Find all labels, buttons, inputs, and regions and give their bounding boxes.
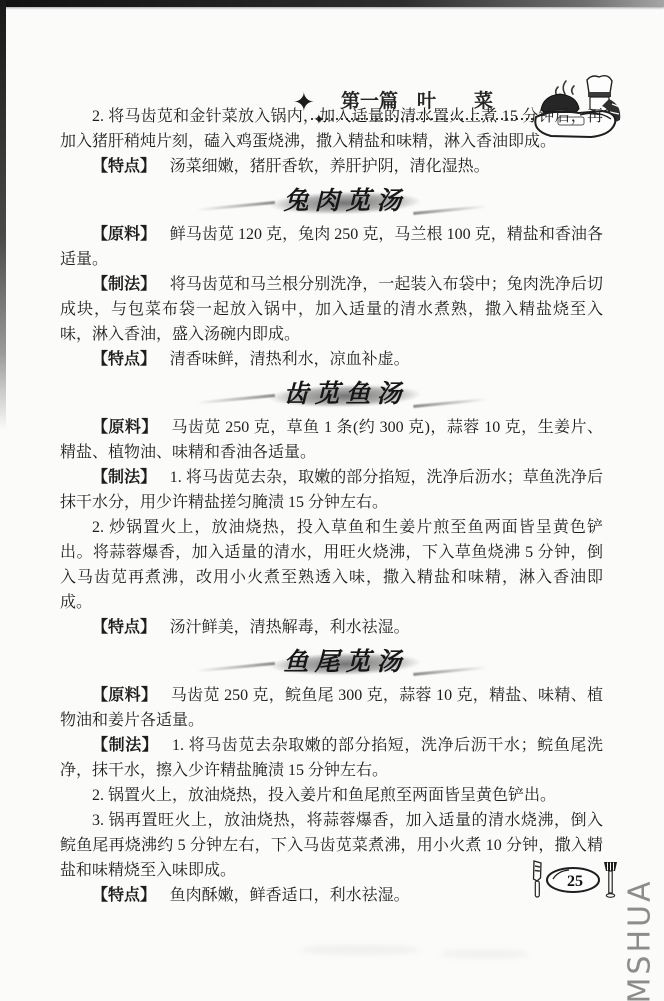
paragraph-label: 【制法】 <box>92 737 158 754</box>
recipe-section: 兔肉苋汤 【原料】鲜马齿苋 120 克，兔肉 250 克，马兰根 100 克，精… <box>60 185 603 372</box>
knife-icon <box>534 861 542 897</box>
method-paragraph: 【制法】1. 将马齿苋去杂，取嫩的部分掐短，洗净后沥水；草鱼洗净后抹干水分，用少… <box>60 465 603 515</box>
recipe-title-banner: 兔肉苋汤 <box>74 185 617 219</box>
paragraph-label: 【特点】 <box>92 619 156 636</box>
recipe-title: 兔肉苋汤 <box>261 185 429 218</box>
paragraph-text: 汤汁鲜美，清热解毒，利水祛湿。 <box>170 619 410 636</box>
feature-paragraph: 【特点】汤菜细嫩，猪肝香软，养肝护阴，清化湿热。 <box>60 154 603 179</box>
recipe-title: 齿苋鱼汤 <box>261 378 429 411</box>
paragraph-label: 【制法】 <box>92 469 156 486</box>
paragraph-text: 2. 炒锅置火上，放油烧热，投入草鱼和生姜片煎至鱼两面皆呈黄色铲出。将蒜蓉爆香，… <box>60 519 603 611</box>
paragraph-text: 鱼肉酥嫩，鲜香适口，利水祛湿。 <box>170 887 410 904</box>
page-number-plate: 25 <box>526 858 622 906</box>
paragraph-text: 3. 锅再置旺火上，放油烧热，将蒜蓉爆香，加入适量的清水烧沸，倒入鲩鱼尾再烧沸约… <box>60 812 603 879</box>
paragraph-label: 【原料】 <box>92 226 156 243</box>
recipe-title-banner: 鱼尾苋汤 <box>74 646 617 680</box>
paragraph-text: 清香味鲜，清热利水，凉血补虚。 <box>170 351 410 368</box>
recipe-title-banner: 齿苋鱼汤 <box>74 378 617 412</box>
paragraph-label: 【制法】 <box>92 276 156 293</box>
scan-smudge <box>440 950 530 958</box>
recipe-section: 齿苋鱼汤 【原料】马齿苋 250 克，草鱼 1 条(约 300 克)，蒜蓉 10… <box>60 378 603 640</box>
paragraph-text: 2. 锅置火上，放油烧热，投入姜片和鱼尾煎至两面皆呈黄色铲出。 <box>92 787 556 804</box>
top-scan-edge <box>0 0 664 7</box>
feature-paragraph: 【特点】鱼肉酥嫩，鲜香适口，利水祛湿。 <box>60 883 603 908</box>
paragraph-text: 2. 将马齿苋和金针菜放入锅内，加入适量的清水置火上煮 15 分钟后，再加入猪肝… <box>60 108 603 150</box>
paragraph-label: 【原料】 <box>92 419 158 436</box>
method-paragraph: 【制法】1. 将马齿苋去杂取嫩的部分掐短，洗净后沥干水；鲩鱼尾洗净，抹干水，擦入… <box>60 733 603 783</box>
scan-smudge <box>300 945 420 955</box>
page-body: 2. 将马齿苋和金针菜放入锅内，加入适量的清水置火上煮 15 分钟后，再加入猪肝… <box>60 104 603 908</box>
ingredients-paragraph: 【原料】马齿苋 250 克，鲩鱼尾 300 克，蒜蓉 10 克，精盐、味精、植物… <box>60 683 603 733</box>
recipe-title: 鱼尾苋汤 <box>261 646 429 679</box>
feature-paragraph: 【特点】清香味鲜，清热利水，凉血补虚。 <box>60 347 603 372</box>
watermark: MSHUA <box>623 879 658 1001</box>
feature-paragraph: 【特点】汤汁鲜美，清热解毒，利水祛湿。 <box>60 615 603 640</box>
continued-step-paragraph: 2. 将马齿苋和金针菜放入锅内，加入适量的清水置火上煮 15 分钟后，再加入猪肝… <box>60 104 603 154</box>
ingredients-paragraph: 【原料】鲜马齿苋 120 克，兔肉 250 克，马兰根 100 克，精盐和香油各… <box>60 222 603 272</box>
paragraph-text: 汤菜细嫩，猪肝香软，养肝护阴，清化湿热。 <box>170 158 490 175</box>
ingredients-paragraph: 【原料】马齿苋 250 克，草鱼 1 条(约 300 克)，蒜蓉 10 克，生姜… <box>60 415 603 465</box>
method-step-paragraph: 2. 炒锅置火上，放油烧热，投入草鱼和生姜片煎至鱼两面皆呈黄色铲出。将蒜蓉爆香，… <box>60 515 603 615</box>
scanned-cookbook-page: { "page": { "header": { "chapter_title":… <box>0 0 664 1001</box>
method-step-paragraph: 3. 锅再置旺火上，放油烧热，将蒜蓉爆香，加入适量的清水烧沸，倒入鲩鱼尾再烧沸约… <box>60 808 603 883</box>
paragraph-label: 【特点】 <box>92 158 156 175</box>
paragraph-label: 【原料】 <box>92 687 157 704</box>
paragraph-label: 【特点】 <box>92 351 156 368</box>
page-number: 25 <box>567 873 583 890</box>
method-step-paragraph: 2. 锅置火上，放油烧热，投入姜片和鱼尾煎至两面皆呈黄色铲出。 <box>60 783 603 808</box>
recipe-section: 鱼尾苋汤 【原料】马齿苋 250 克，鲩鱼尾 300 克，蒜蓉 10 克，精盐、… <box>60 646 603 908</box>
chapter-header: ✦ ✦ 第一篇 叶 菜 <box>0 36 664 112</box>
method-paragraph: 【制法】将马齿苋和马兰根分别洗净，一起装入布袋中；兔肉洗净后切成块，与包菜布袋一… <box>60 272 603 347</box>
fork-icon <box>604 862 617 897</box>
paragraph-label: 【特点】 <box>92 887 156 904</box>
